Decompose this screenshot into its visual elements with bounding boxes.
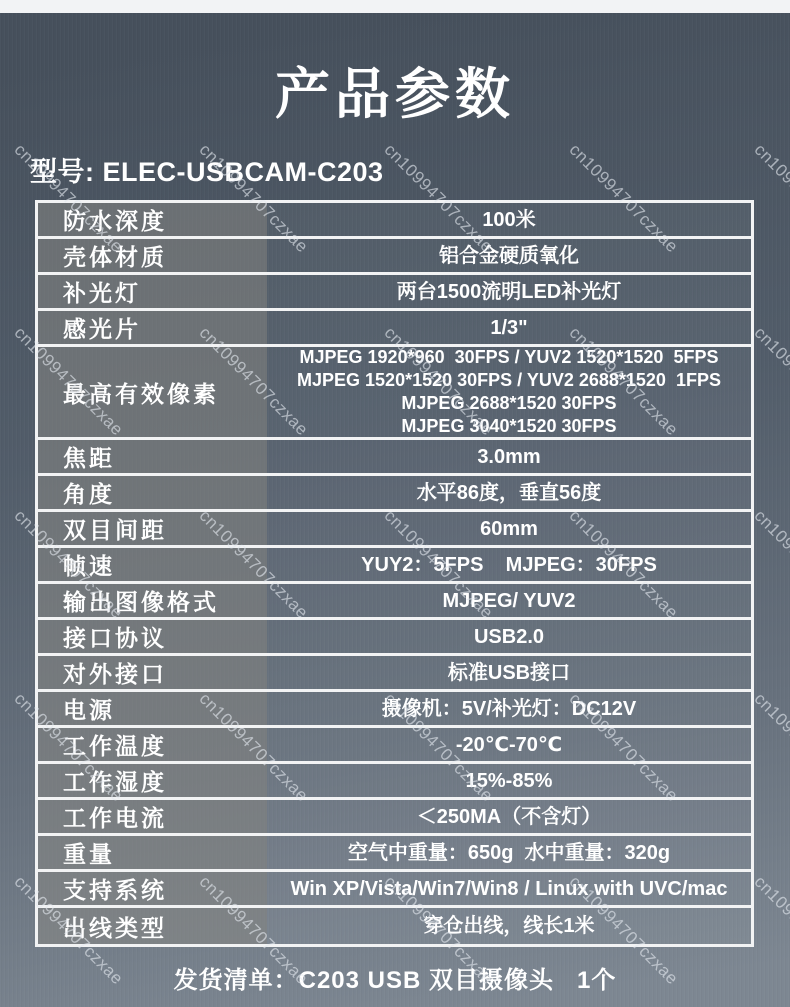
table-row: 帧速 YUY2：5FPS MJPEG：30FPS: [38, 548, 751, 584]
top-white-strip: [0, 0, 790, 13]
spec-label: 补光灯: [38, 275, 267, 308]
table-row: 最高有效像素 MJPEG 1920*960 30FPS / YUV2 1520*…: [38, 347, 751, 440]
spec-label: 焦距: [38, 440, 267, 473]
table-row: 防水深度 100米: [38, 203, 751, 239]
spec-label: 电源: [38, 692, 267, 725]
table-row: 出线类型 穿仓出线，线长1米: [38, 908, 751, 944]
page-title: 产品参数: [0, 50, 790, 129]
table-row: 对外接口 标准USB接口: [38, 656, 751, 692]
spec-value-line: MJPEG 2688*1520 30FPS: [401, 392, 616, 415]
table-row: 焦距 3.0mm: [38, 440, 751, 476]
spec-label: 工作电流: [38, 800, 267, 833]
spec-value: MJPEG/ YUV2: [267, 584, 751, 617]
spec-table: 防水深度 100米 壳体材质 铝合金硬质氧化 补光灯 两台1500流明LED补光…: [35, 200, 754, 947]
model-label: 型号:: [30, 157, 95, 187]
shipping-list-line: 发货清单：C203 USB 双目摄像头 1个: [0, 960, 790, 995]
spec-value: YUY2：5FPS MJPEG：30FPS: [267, 548, 751, 581]
table-row: 双目间距 60mm: [38, 512, 751, 548]
model-value: ELEC-USBCAM-C203: [103, 157, 384, 187]
spec-label: 工作湿度: [38, 764, 267, 797]
spec-label: 双目间距: [38, 512, 267, 545]
spec-label: 接口协议: [38, 620, 267, 653]
spec-value-line: MJPEG 1920*960 30FPS / YUV2 1520*1520 5F…: [300, 346, 719, 369]
watermark-text: cn10994707czxae: [750, 140, 790, 257]
spec-label: 输出图像格式: [38, 584, 267, 617]
spec-label: 壳体材质: [38, 239, 267, 272]
spec-label: 出线类型: [38, 908, 267, 944]
product-spec-page: 产品参数 型号: ELEC-USBCAM-C203 防水深度 100米 壳体材质…: [0, 0, 790, 1007]
table-row: 输出图像格式 MJPEG/ YUV2: [38, 584, 751, 620]
watermark-text: cn10994707czxae: [750, 506, 790, 623]
spec-value: 两台1500流明LED补光灯: [267, 275, 751, 308]
table-row: 感光片 1/3": [38, 311, 751, 347]
spec-value-line: MJPEG 3040*1520 30FPS: [401, 415, 616, 438]
spec-label: 最高有效像素: [38, 347, 267, 437]
spec-label: 重量: [38, 836, 267, 869]
spec-label: 感光片: [38, 311, 267, 344]
table-row: 接口协议 USB2.0: [38, 620, 751, 656]
spec-value: 1/3": [267, 311, 751, 344]
model-number-line: 型号: ELEC-USBCAM-C203: [30, 150, 384, 189]
table-row: 壳体材质 铝合金硬质氧化: [38, 239, 751, 275]
model-separator: [95, 157, 103, 187]
spec-value: -20℃-70℃: [267, 728, 751, 761]
table-row: 角度 水平86度，垂直56度: [38, 476, 751, 512]
spec-label: 工作温度: [38, 728, 267, 761]
table-row: 重量 空气中重量：650g 水中重量：320g: [38, 836, 751, 872]
spec-value: 15%-85%: [267, 764, 751, 797]
spec-value: 水平86度，垂直56度: [267, 476, 751, 509]
spec-value: 100米: [267, 203, 751, 236]
spec-label: 防水深度: [38, 203, 267, 236]
spec-value: MJPEG 1920*960 30FPS / YUV2 1520*1520 5F…: [267, 347, 751, 437]
table-row: 支持系统 Win XP/Vista/Win7/Win8 / Linux with…: [38, 872, 751, 908]
spec-value: 标准USB接口: [267, 656, 751, 689]
spec-label: 帧速: [38, 548, 267, 581]
table-row: 补光灯 两台1500流明LED补光灯: [38, 275, 751, 311]
spec-label: 支持系统: [38, 872, 267, 905]
spec-label: 对外接口: [38, 656, 267, 689]
spec-value: 3.0mm: [267, 440, 751, 473]
table-row: 工作湿度 15%-85%: [38, 764, 751, 800]
spec-value-line: MJPEG 1520*1520 30FPS / YUV2 2688*1520 1…: [297, 369, 721, 392]
spec-value: 60mm: [267, 512, 751, 545]
watermark-text: cn10994707czxae: [750, 689, 790, 806]
spec-label: 角度: [38, 476, 267, 509]
table-row: 电源 摄像机：5V/补光灯：DC12V: [38, 692, 751, 728]
table-row: 工作温度 -20℃-70℃: [38, 728, 751, 764]
spec-value: 铝合金硬质氧化: [267, 239, 751, 272]
spec-value: 穿仓出线，线长1米: [267, 908, 751, 944]
spec-value: USB2.0: [267, 620, 751, 653]
spec-value: 摄像机：5V/补光灯：DC12V: [267, 692, 751, 725]
spec-value: ＜250MA（不含灯）: [267, 800, 751, 833]
spec-value: Win XP/Vista/Win7/Win8 / Linux with UVC/…: [267, 872, 751, 905]
watermark-text: cn10994707czxae: [750, 323, 790, 440]
table-row: 工作电流 ＜250MA（不含灯）: [38, 800, 751, 836]
spec-value: 空气中重量：650g 水中重量：320g: [267, 836, 751, 869]
